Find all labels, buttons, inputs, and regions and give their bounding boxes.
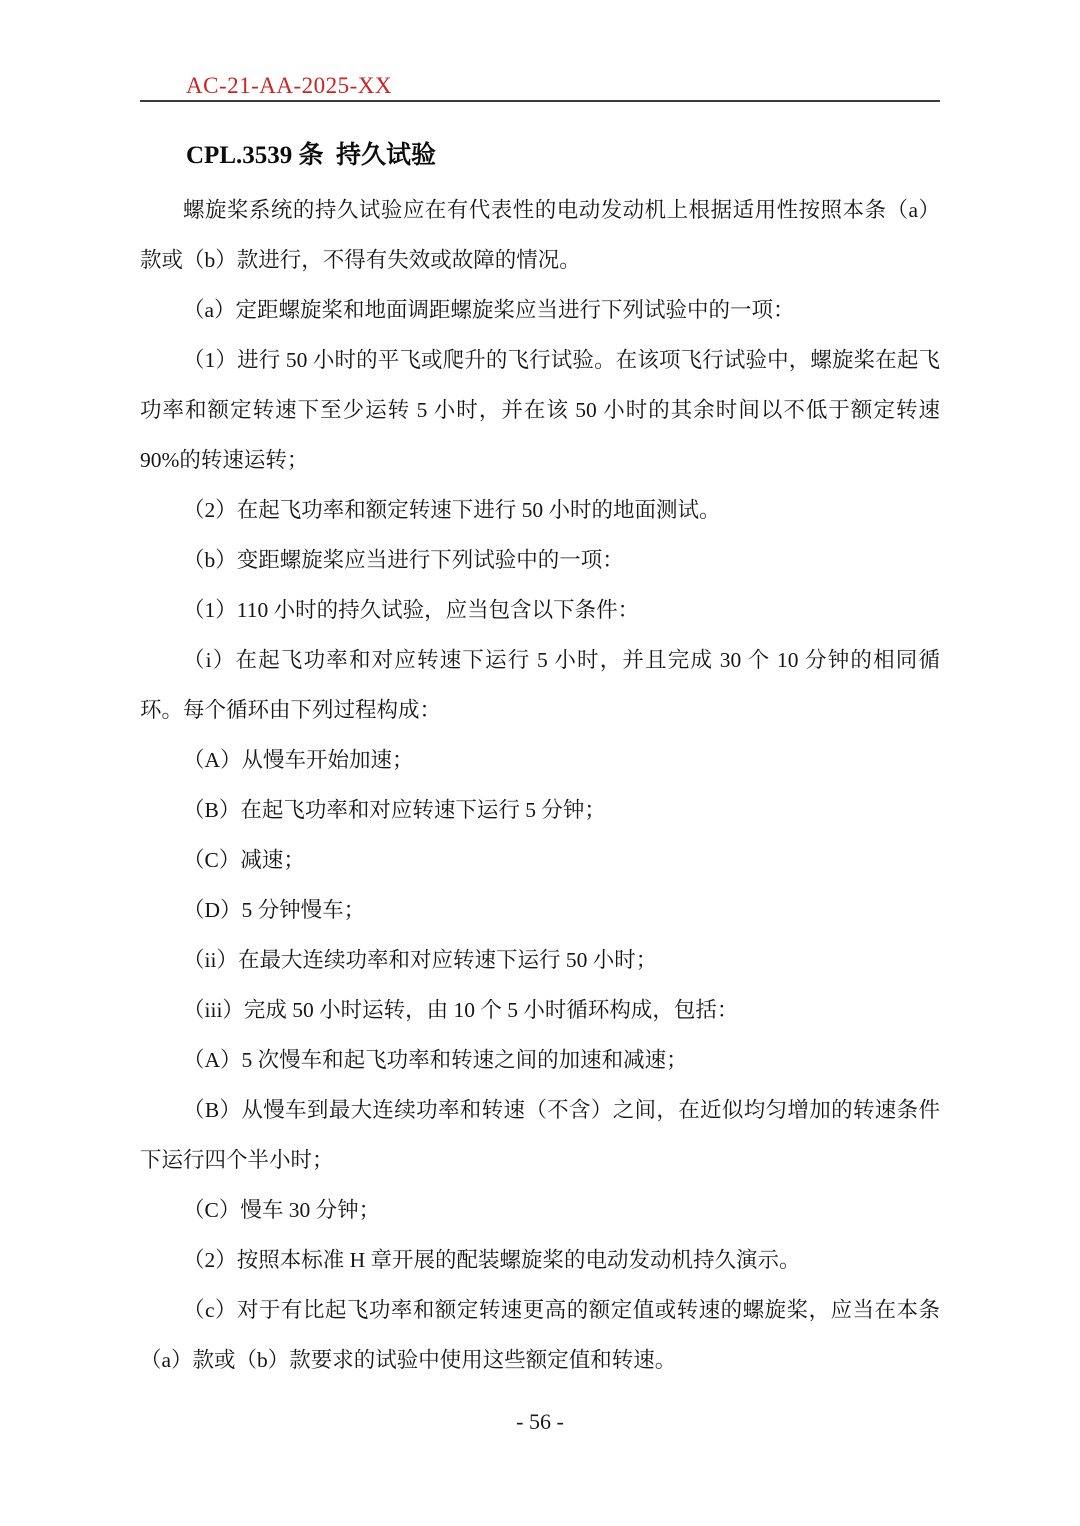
paragraph-b-1-iii: （iii）完成 50 小时运转，由 10 个 5 小时循环构成，包括： [140, 985, 940, 1035]
doc-number: AC-21-AA-2025-XX [186, 73, 392, 99]
paragraph-b: （b）变距螺旋桨应当进行下列试验中的一项： [140, 535, 940, 585]
paragraph-b-1-iii-A: （A）5 次慢车和起飞功率和转速之间的加速和减速； [140, 1035, 940, 1085]
section-title: CPL.3539 条 持久试验 [186, 140, 436, 172]
paragraph-b-1-i: （i）在起飞功率和对应转速下运行 5 小时，并且完成 30 个 10 分钟的相同… [140, 635, 940, 735]
paragraph-a-1: （1）进行 50 小时的平飞或爬升的飞行试验。在该项飞行试验中，螺旋桨在起飞功率… [140, 335, 940, 485]
paragraph-b-1-ii: （ii）在最大连续功率和对应转速下运行 50 小时； [140, 935, 940, 985]
paragraph-b-1-i-B: （B）在起飞功率和对应转速下运行 5 分钟； [140, 785, 940, 835]
paragraph-c: （c）对于有比起飞功率和额定转速更高的额定值或转速的螺旋桨，应当在本条（a）款或… [140, 1285, 940, 1385]
paragraph-b-1: （1）110 小时的持久试验，应当包含以下条件： [140, 585, 940, 635]
paragraph-intro: 螺旋桨系统的持久试验应在有代表性的电动发动机上根据适用性按照本条（a）款或（b）… [140, 185, 940, 285]
document-page: { "header": { "doc_number": "AC-21-AA-20… [0, 0, 1080, 1526]
paragraph-b-1-iii-B: （B）从慢车到最大连续功率和转速（不含）之间，在近似均匀增加的转速条件下运行四个… [140, 1085, 940, 1185]
paragraph-b-1-i-C: （C）减速； [140, 835, 940, 885]
page-number: - 56 - [0, 1402, 1080, 1442]
paragraph-b-2: （2）按照本标准 H 章开展的配装螺旋桨的电动发动机持久演示。 [140, 1235, 940, 1285]
paragraph-b-1-iii-C: （C）慢车 30 分钟； [140, 1185, 940, 1235]
header-rule [140, 100, 940, 102]
paragraph-b-1-i-A: （A）从慢车开始加速； [140, 735, 940, 785]
paragraph-a-2: （2）在起飞功率和额定转速下进行 50 小时的地面测试。 [140, 485, 940, 535]
paragraph-a: （a）定距螺旋桨和地面调距螺旋桨应当进行下列试验中的一项： [140, 285, 940, 335]
document-body: 螺旋桨系统的持久试验应在有代表性的电动发动机上根据适用性按照本条（a）款或（b）… [140, 185, 940, 1385]
paragraph-b-1-i-D: （D）5 分钟慢车； [140, 885, 940, 935]
